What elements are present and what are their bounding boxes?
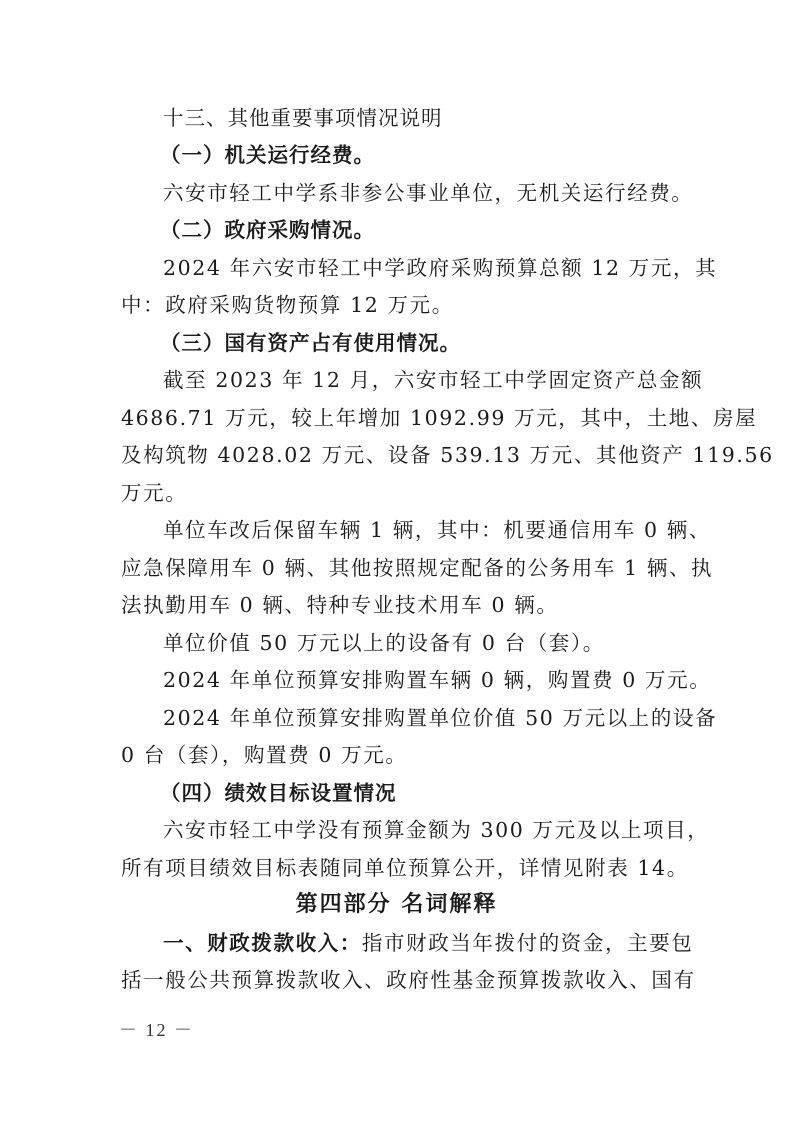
term-definition-line-2: 括一般公共预算拨款收入、政府性基金预算拨款收入、国有 xyxy=(121,966,673,994)
page-number: － 12 － xyxy=(119,1016,194,1042)
paragraph-equipment-purchase-line-1: 2024 年单位预算安排购置单位价值 50 万元以上的设备 xyxy=(163,704,673,732)
term-definition-line-1: 一、财政拨款收入：指市财政当年拨付的资金，主要包 xyxy=(163,929,673,957)
part-title: 第四部分 名词解释 xyxy=(0,891,793,919)
paragraph-assets-line-3: 及构筑物 4028.02 万元、设备 539.13 万元、其他资产 119.56 xyxy=(121,441,673,469)
subsection-heading-4: （四）绩效目标设置情况 xyxy=(160,779,670,807)
paragraph-assets-line-1: 截至 2023 年 12 月，六安市轻工中学固定资产总金额 xyxy=(163,366,673,394)
paragraph-procurement-line-2: 中：政府采购货物预算 12 万元。 xyxy=(121,291,673,319)
subsection-heading-1: （一）机关运行经费。 xyxy=(160,141,670,169)
paragraph-assets-line-4: 万元。 xyxy=(121,479,673,507)
paragraph-assets-line-2: 4686.71 万元，较上年增加 1092.99 万元，其中，土地、房屋 xyxy=(121,404,673,432)
paragraph-vehicles-line-1: 单位车改后保留车辆 1 辆，其中：机要通信用车 0 辆、 xyxy=(163,516,673,544)
paragraph-vehicle-purchase: 2024 年单位预算安排购置车辆 0 辆，购置费 0 万元。 xyxy=(163,666,673,694)
paragraph-vehicles-line-3: 法执勤用车 0 辆、特种专业技术用车 0 辆。 xyxy=(121,591,673,619)
paragraph-procurement-line-1: 2024 年六安市轻工中学政府采购预算总额 12 万元，其 xyxy=(163,254,673,282)
paragraph-performance-line-2: 所有项目绩效目标表随同单位预算公开，详情见附表 14。 xyxy=(121,854,673,882)
paragraph-performance-line-1: 六安市轻工中学没有预算金额为 300 万元及以上项目， xyxy=(163,816,673,844)
subsection-heading-2: （二）政府采购情况。 xyxy=(160,216,670,244)
subsection-heading-3: （三）国有资产占有使用情况。 xyxy=(160,329,670,357)
document-page: 十三、其他重要事项情况说明 （一）机关运行经费。 六安市轻工中学系非参公事业单位… xyxy=(0,0,793,1122)
paragraph-equipment: 单位价值 50 万元以上的设备有 0 台（套）。 xyxy=(163,629,673,657)
paragraph-equipment-purchase-line-2: 0 台（套），购置费 0 万元。 xyxy=(121,741,673,769)
paragraph-operating-funds: 六安市轻工中学系非参公事业单位，无机关运行经费。 xyxy=(163,179,673,207)
term-definition-text: 指市财政当年拨付的资金，主要包 xyxy=(362,931,694,955)
section-title: 十三、其他重要事项情况说明 xyxy=(163,104,673,132)
term-label: 一、财政拨款收入： xyxy=(163,931,362,955)
paragraph-vehicles-line-2: 应急保障用车 0 辆、其他按照规定配备的公务用车 1 辆、执 xyxy=(121,554,673,582)
